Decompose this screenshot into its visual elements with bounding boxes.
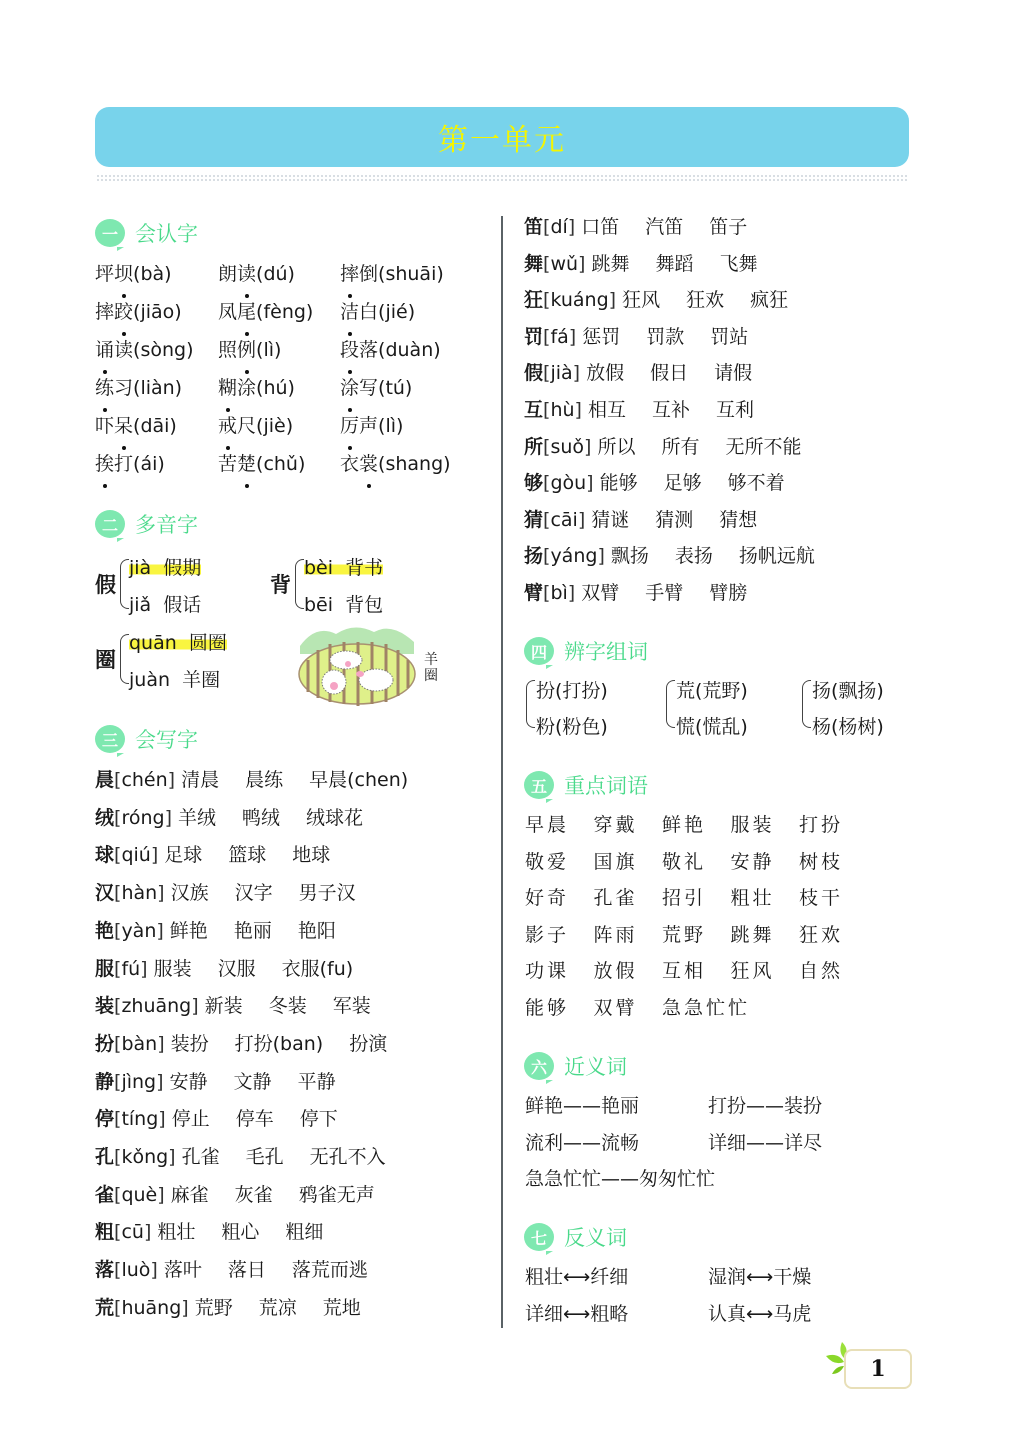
example-word: 鸭绒: [242, 807, 280, 829]
write-char-row: 晨[chén]清晨晨练早晨(chen): [95, 765, 434, 795]
write-char-row: 荒[huāng]荒野荒凉荒地: [95, 1293, 387, 1323]
target-char: 所: [524, 436, 543, 458]
sheep-pen-illustration: [296, 620, 418, 708]
hanzi: 声: [359, 415, 378, 437]
hanzi: 衣: [340, 453, 359, 475]
pinyin: jiǎ: [129, 594, 151, 616]
hanzi: 读: [237, 259, 256, 289]
hanzi: 朗: [218, 263, 237, 285]
example-word: 飞舞: [719, 253, 757, 275]
spacer: [151, 557, 163, 579]
example-word: 够不着: [728, 472, 785, 494]
pinyin: (duàn): [378, 339, 441, 361]
target-char: 落: [95, 1259, 114, 1281]
pinyin: què: [121, 1184, 157, 1206]
example-word: 羊绒: [178, 807, 216, 829]
target-char: 雀: [95, 1184, 114, 1206]
word-list: 相互互补互利: [588, 399, 780, 421]
example-word: 猜测: [655, 509, 693, 531]
word-list: 放假假日请假: [586, 362, 778, 384]
key-word: 穿戴: [594, 810, 638, 840]
example-word: 狂风: [622, 289, 660, 311]
word-list: 装扮打扮(ban)扮演: [171, 1033, 414, 1055]
pinyin: kǒng: [121, 1146, 168, 1168]
bracket: ]: [191, 995, 198, 1017]
section-title: 近义词: [564, 1051, 627, 1081]
pinyin: (fèng): [256, 301, 313, 323]
pinyin: yáng: [550, 545, 597, 567]
key-word: 树枝: [799, 847, 843, 877]
section-title: 多音字: [135, 509, 198, 539]
word-pair: 认真⟷马虎: [708, 1299, 811, 1329]
example-word: 艳丽: [234, 920, 272, 942]
bracket: ]: [575, 399, 582, 421]
pinyin: (lì): [256, 339, 281, 361]
recognize-item: 照例(lì): [218, 335, 281, 365]
bracket: ]: [165, 807, 172, 829]
distinguish-pair: 扬(飘扬)杨(杨树): [802, 676, 922, 732]
recognize-item: 戒尺(jiè): [218, 411, 293, 441]
section-header-distinguish: 四 辨字组词: [524, 636, 648, 666]
brace-icon: [295, 559, 304, 609]
pinyin: juàn: [129, 669, 170, 691]
hanzi: 读: [114, 339, 133, 361]
pinyin: bì: [550, 582, 567, 604]
bracket: ]: [157, 882, 164, 904]
example-word: 停车: [236, 1108, 274, 1130]
target-char: 笛: [524, 216, 543, 238]
word-list: 落叶落日落荒而逃: [164, 1259, 394, 1281]
key-word: 安静: [731, 847, 775, 877]
example-word: 背包: [345, 594, 383, 616]
example-word: 平静: [298, 1071, 336, 1093]
hanzi: 练: [95, 373, 114, 403]
bracket: ]: [568, 582, 575, 604]
target-char: 球: [95, 844, 114, 866]
example-word: 惩罚: [582, 326, 620, 348]
pinyin: (hú): [256, 377, 295, 399]
word-list: 能够足够够不着: [600, 472, 811, 494]
target-char: 装: [95, 995, 114, 1017]
recognize-item: 段落(duàn): [340, 335, 441, 365]
pinyin: fú: [121, 958, 140, 980]
key-word: 双臂: [594, 993, 638, 1023]
recognize-item: 摔倒(shuāi): [340, 259, 444, 289]
pinyin: bēi: [304, 594, 333, 616]
spacer: [333, 594, 345, 616]
example-word: 衣服(fu): [282, 958, 354, 980]
write-char-row: 舞[wǔ]跳舞舞蹈飞舞: [524, 249, 784, 279]
example-word: 能够: [600, 472, 638, 494]
key-word: 招引: [662, 883, 706, 913]
bracket: ]: [158, 1108, 165, 1130]
recognize-item: 衣裳(shang): [340, 449, 451, 479]
pinyin: (lì): [378, 415, 403, 437]
write-char-row: 停[tíng]停止停车停下: [95, 1104, 364, 1134]
write-char-row: 粗[cū]粗壮粗心粗细: [95, 1217, 349, 1247]
bracket: ]: [568, 216, 575, 238]
recognize-item: 苦楚(chǔ): [218, 449, 305, 479]
write-char-row: 罚[fá]惩罚罚款罚站: [524, 322, 774, 352]
pinyin: gòu: [550, 472, 586, 494]
example-word: 扮演: [349, 1033, 387, 1055]
pinyin: (tú): [378, 377, 412, 399]
example-word: 双臂: [581, 582, 619, 604]
hanzi: 呆: [114, 411, 133, 441]
word-list: 惩罚罚款罚站: [582, 326, 774, 348]
key-word: 跳舞: [731, 920, 775, 950]
hanzi: 摔: [340, 259, 359, 289]
polyphonic-reading: bēi 背包: [304, 590, 383, 617]
example-word: 晨练: [245, 769, 283, 791]
brace-icon: [802, 680, 811, 728]
example-word: 服装: [154, 958, 192, 980]
pinyin: kuáng: [550, 289, 608, 311]
hanzi: 尺: [237, 415, 256, 437]
word-list: 荒野荒凉荒地: [195, 1297, 387, 1319]
pair-word: 扮(打扮): [536, 676, 608, 703]
pinyin: (shang): [378, 453, 451, 475]
key-word: 荒野: [662, 920, 706, 950]
bracket: ]: [584, 436, 591, 458]
target-char: 互: [524, 399, 543, 421]
example-word: 舞蹈: [655, 253, 693, 275]
word-pair: 急急忙忙——匆匆忙忙: [525, 1164, 715, 1194]
word-list: 麻雀灰雀鸦雀无声: [171, 1184, 401, 1206]
target-char: 艳: [95, 920, 114, 942]
example-word: 汉族: [171, 882, 209, 904]
target-char: 静: [95, 1071, 114, 1093]
target-char: 罚: [524, 326, 543, 348]
write-char-row: 所[suǒ]所以所有无所不能: [524, 432, 827, 462]
example-word: 鸦雀无声: [299, 1184, 375, 1206]
key-word: 自然: [799, 956, 843, 986]
example-word: 早晨(chen): [309, 769, 408, 791]
example-word: 艳阳: [298, 920, 336, 942]
example-word: 孔雀: [182, 1146, 220, 1168]
example-word: 汽笛: [645, 216, 683, 238]
example-word: 地球: [292, 844, 330, 866]
key-word: 敬爱: [525, 847, 569, 877]
example-word: 罚站: [710, 326, 748, 348]
example-word: 圆圈: [189, 632, 227, 654]
word-pair: 湿润⟷干燥: [708, 1262, 811, 1292]
key-word: 国旗: [594, 847, 638, 877]
section-number-badge: 七: [524, 1223, 554, 1251]
target-char: 够: [524, 472, 543, 494]
pinyin: suǒ: [550, 436, 584, 458]
bracket: ]: [140, 958, 147, 980]
example-word: 荒凉: [259, 1297, 297, 1319]
example-word: 相互: [588, 399, 626, 421]
key-word: 放假: [594, 956, 638, 986]
pinyin: cū: [121, 1221, 144, 1243]
hanzi: 吓: [95, 415, 114, 437]
example-word: 新装: [205, 995, 243, 1017]
example-word: 汉字: [235, 882, 273, 904]
word-list: 飘扬表扬扬帆远航: [611, 545, 841, 567]
target-char: 狂: [524, 289, 543, 311]
section-number-badge: 六: [524, 1052, 554, 1080]
pinyin: (ái): [133, 453, 165, 475]
illustration-caption: 羊圈: [424, 652, 440, 684]
bracket: ]: [168, 769, 175, 791]
polyphonic-reading: jiǎ 假话: [129, 590, 201, 617]
section-title: 重点词语: [564, 770, 648, 800]
word-pair: 打扮——装扮: [708, 1091, 822, 1121]
word-list: 清晨晨练早晨(chen): [181, 769, 434, 791]
distinguish-pair: 扮(打扮)粉(粉色): [526, 676, 646, 732]
example-word: 粗壮: [157, 1221, 195, 1243]
hanzi: 涂: [237, 377, 256, 399]
hanzi: 跤: [114, 297, 133, 327]
page-number: 1: [844, 1349, 912, 1389]
pinyin: jià: [550, 362, 572, 384]
spacer: [170, 669, 182, 691]
example-word: 所有: [661, 436, 699, 458]
word-list: 粗壮粗心粗细: [157, 1221, 349, 1243]
recognize-item: 挨打(ái): [95, 449, 165, 479]
word-list: 跳舞舞蹈飞舞: [591, 253, 783, 275]
pinyin: hàn: [121, 882, 157, 904]
bracket: ]: [156, 1071, 163, 1093]
word-list: 狂风狂欢疯狂: [622, 289, 814, 311]
pair-word: 粉(粉色): [536, 712, 608, 739]
pinyin: (chǔ): [256, 453, 305, 475]
hanzi: 照: [218, 339, 237, 361]
example-word: 飘扬: [611, 545, 649, 567]
bracket: ]: [150, 1259, 157, 1281]
hanzi: 裳: [359, 449, 378, 479]
section-title: 会认字: [135, 218, 198, 248]
example-word: 冬装: [269, 995, 307, 1017]
key-word: 鲜艳: [662, 810, 706, 840]
example-word: 无孔不入: [310, 1146, 386, 1168]
example-word: 毛孔: [246, 1146, 284, 1168]
column-divider: [501, 216, 503, 1328]
key-word: 功课: [525, 956, 569, 986]
recognize-item: 吓呆(dāi): [95, 411, 177, 441]
word-list: 羊绒鸭绒绒球花: [178, 807, 389, 829]
target-char: 晨: [95, 769, 114, 791]
example-word: 疯狂: [750, 289, 788, 311]
target-char: 停: [95, 1108, 114, 1130]
write-char-row: 猜[cāi]猜谜猜测猜想: [524, 505, 783, 535]
write-char-row: 艳[yàn]鲜艳艳丽艳阳: [95, 916, 362, 946]
hanzi: 白: [359, 301, 378, 323]
spacer: [177, 632, 189, 654]
example-word: 手臂: [645, 582, 683, 604]
write-char-row: 服[fú]服装汉服衣服(fu): [95, 954, 379, 984]
pinyin: jìng: [121, 1071, 156, 1093]
dotted-divider: [96, 174, 908, 182]
example-word: 假话: [163, 594, 201, 616]
bracket: ]: [569, 326, 576, 348]
recognize-item: 洁白(jié): [340, 297, 415, 327]
write-char-row: 臂[bì]双臂手臂臂膀: [524, 578, 773, 608]
pinyin: yàn: [121, 920, 156, 942]
example-word: 表扬: [675, 545, 713, 567]
section-number-badge: 五: [524, 771, 554, 799]
polyphonic-char: 假: [95, 569, 116, 599]
brace-icon: [120, 634, 129, 684]
pinyin: bèi: [304, 557, 333, 579]
pinyin: (bà): [133, 263, 172, 285]
bracket: ]: [609, 289, 616, 311]
target-char: 孔: [95, 1146, 114, 1168]
word-list: 双臂手臂臂膀: [581, 582, 773, 604]
bracket: ]: [573, 362, 580, 384]
pinyin: róng: [121, 807, 164, 829]
section-header-key-words: 五 重点词语: [524, 770, 648, 800]
example-word: 落荒而逃: [292, 1259, 368, 1281]
brace-icon: [666, 680, 675, 728]
pinyin: hù: [550, 399, 574, 421]
example-word: 猜想: [719, 509, 757, 531]
bracket: ]: [586, 472, 593, 494]
example-word: 猜谜: [591, 509, 629, 531]
example-word: 所以: [597, 436, 635, 458]
word-list: 口笛汽笛笛子: [581, 216, 773, 238]
bracket: ]: [157, 1184, 164, 1206]
pinyin: fá: [550, 326, 568, 348]
hanzi: 苦: [218, 453, 237, 475]
example-word: 跳舞: [591, 253, 629, 275]
pinyin: (dú): [256, 263, 295, 285]
polyphonic-reading: jià 假期: [129, 553, 201, 580]
hanzi: 坝: [114, 259, 133, 289]
example-word: 假期: [163, 557, 201, 579]
word-pair: 鲜艳——艳丽: [525, 1091, 639, 1121]
recognize-item: 坪坝(bà): [95, 259, 172, 289]
example-word: 请假: [714, 362, 752, 384]
example-word: 男子汉: [299, 882, 356, 904]
key-word: 急急忙忙: [662, 993, 750, 1023]
spacer: [151, 594, 163, 616]
example-word: 粗细: [285, 1221, 323, 1243]
example-word: 臂膀: [709, 582, 747, 604]
write-char-row: 够[gòu]能够足够够不着: [524, 468, 811, 498]
pinyin: quān: [129, 632, 177, 654]
example-word: 灰雀: [235, 1184, 273, 1206]
hanzi: 坪: [95, 263, 114, 285]
key-word: 粗壮: [731, 883, 775, 913]
example-word: 放假: [586, 362, 624, 384]
example-word: 互利: [716, 399, 754, 421]
recognize-item: 朗读(dú): [218, 259, 295, 289]
pair-word: 杨(杨树): [812, 712, 884, 739]
section-number-badge: 四: [524, 637, 554, 665]
example-word: 足够: [664, 472, 702, 494]
hanzi: 糊: [218, 373, 237, 403]
example-word: 文静: [234, 1071, 272, 1093]
word-pair: 详细⟷粗略: [525, 1299, 628, 1329]
example-word: 笛子: [709, 216, 747, 238]
pinyin: (liàn): [133, 377, 182, 399]
pinyin: qiú: [121, 844, 150, 866]
target-char: 假: [524, 362, 543, 384]
hanzi: 凤: [218, 301, 237, 323]
key-word: 早晨: [525, 810, 569, 840]
hanzi: 楚: [237, 449, 256, 479]
write-char-row: 雀[què]麻雀灰雀鸦雀无声: [95, 1180, 401, 1210]
write-char-row: 互[hù]相互互补互利: [524, 395, 780, 425]
example-word: 麻雀: [171, 1184, 209, 1206]
unit-banner: 第一单元: [95, 107, 909, 167]
write-char-row: 球[qiú]足球篮球地球: [95, 840, 356, 870]
write-char-row: 孔[kǒng]孔雀毛孔无孔不入: [95, 1142, 412, 1172]
example-word: 停止: [172, 1108, 210, 1130]
pair-word: 扬(飘扬): [812, 676, 884, 703]
word-list: 足球篮球地球: [164, 844, 356, 866]
target-char: 服: [95, 958, 114, 980]
unit-title: 第一单元: [438, 115, 566, 159]
key-word: 能够: [525, 993, 569, 1023]
word-list: 新装冬装军装: [205, 995, 397, 1017]
example-word: 绒球花: [306, 807, 363, 829]
example-word: 羊圈: [182, 669, 220, 691]
word-pair: 粗壮⟷纤细: [525, 1262, 628, 1292]
pinyin: jià: [129, 557, 151, 579]
pinyin: bàn: [121, 1033, 157, 1055]
hanzi: 写: [359, 377, 378, 399]
word-list: 安静文静平静: [170, 1071, 362, 1093]
write-char-row: 汉[hàn]汉族汉字男子汉: [95, 878, 382, 908]
target-char: 扬: [524, 545, 543, 567]
example-word: 鲜艳: [170, 920, 208, 942]
pinyin: (dāi): [133, 415, 177, 437]
pinyin: (jiāo): [133, 301, 182, 323]
example-word: 荒野: [195, 1297, 233, 1319]
key-word: 打扮: [799, 810, 843, 840]
key-word: 孔雀: [594, 883, 638, 913]
example-word: 粗心: [221, 1221, 259, 1243]
example-word: 清晨: [181, 769, 219, 791]
brace-icon: [526, 680, 535, 728]
example-word: 装扮: [171, 1033, 209, 1055]
word-list: 所以所有无所不能: [597, 436, 827, 458]
pinyin: (jiè): [256, 415, 293, 437]
pinyin: luò: [121, 1259, 150, 1281]
key-word: 狂风: [731, 956, 775, 986]
section-header-synonyms: 六 近义词: [524, 1051, 627, 1081]
write-char-row: 扮[bàn]装扮打扮(ban)扮演: [95, 1029, 413, 1059]
hanzi: 戒: [218, 411, 237, 441]
key-word: 服装: [731, 810, 775, 840]
recognize-item: 凤尾(fèng): [218, 297, 313, 327]
example-word: 安静: [170, 1071, 208, 1093]
key-word: 互相: [662, 956, 706, 986]
pinyin: chén: [121, 769, 167, 791]
hanzi: 落: [359, 339, 378, 361]
pinyin: (shuāi): [378, 263, 444, 285]
polyphonic-reading: bèi 背书: [304, 553, 383, 580]
word-pair: 流利——流畅: [525, 1128, 639, 1158]
word-list: 汉族汉字男子汉: [171, 882, 382, 904]
pinyin: (jié): [378, 301, 415, 323]
example-word: 汉服: [218, 958, 256, 980]
example-word: 背书: [345, 557, 383, 579]
write-char-row: 狂[kuáng]狂风狂欢疯狂: [524, 285, 814, 315]
word-list: 停止停车停下: [172, 1108, 364, 1130]
bracket: ]: [157, 1033, 164, 1055]
target-char: 猜: [524, 509, 543, 531]
write-char-row: 落[luò]落叶落日落荒而逃: [95, 1255, 394, 1285]
section-header-write: 三 会写字: [95, 724, 198, 754]
section-title: 反义词: [564, 1222, 627, 1252]
key-word: 枝干: [799, 883, 843, 913]
example-word: 篮球: [228, 844, 266, 866]
